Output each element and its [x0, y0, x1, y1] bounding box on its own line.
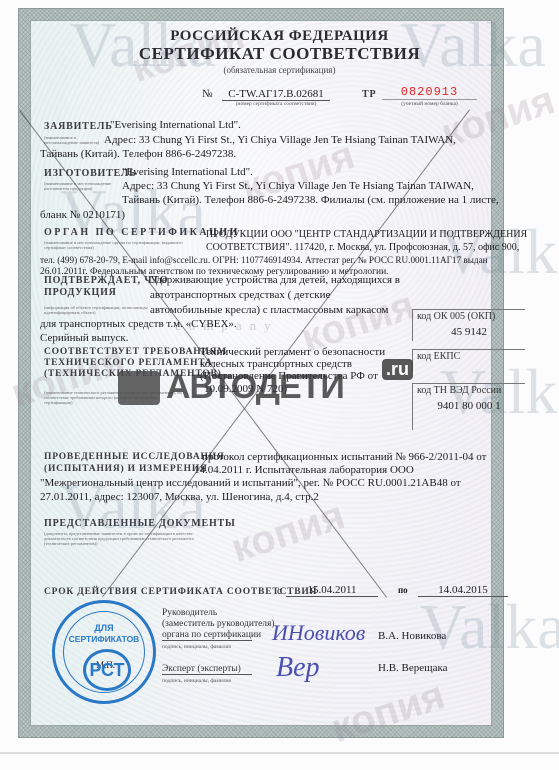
documents-caption: (документы, представленные заявителем в … — [44, 531, 194, 546]
head-role-2: (заместитель руководителя) — [162, 619, 275, 629]
code-ekps-box: код ЕКПС — [412, 349, 525, 370]
product-caption: (информация об объекте сертификации, поз… — [44, 305, 149, 315]
tests-label-2: (ИСПЫТАНИЯ) И ИЗМЕРЕНИЯ — [44, 464, 208, 474]
tests-label: ПРОВЕДЕННЫЕ ИССЛЕДОВАНИЯ — [44, 452, 225, 462]
certificate-number-caption: (номер сертификата соответствия) — [222, 101, 330, 107]
expert-name: Н.В. Верещака — [378, 662, 448, 674]
manufacturer-annex: бланк № 0210171) — [40, 209, 125, 221]
brand-name: АВТОДЕТИ — [166, 368, 344, 407]
applicant-caption: (наименование и местонахождение заявител… — [44, 135, 104, 145]
okp-label: код ОК 005 (ОКП) — [413, 310, 525, 323]
validity-from-date: 15.04.2011 — [286, 584, 378, 597]
head-caption: подпись, инициалы, фамилия — [162, 644, 231, 650]
blank-number-caption: (учетный номер бланка) — [382, 101, 477, 107]
certificate-title: СЕРТИФИКАТ СООТВЕТСТВИЯ — [0, 44, 559, 64]
number-prefix: № — [202, 88, 213, 100]
validity-to-date: 14.04.2015 — [418, 584, 508, 597]
expert-signature: Вер — [276, 652, 320, 684]
expert-caption: подпись, инициалы, фамилия — [162, 678, 231, 684]
manufacturer-address: Адрес: 33 Chung Yi First St., Yi Chiya V… — [122, 180, 474, 192]
tests-line3: "Межрегиональный центр исследований и ис… — [40, 477, 461, 489]
regulation-line1: Технический регламент о безопасности — [200, 346, 385, 358]
tr-label: ТР — [362, 89, 376, 100]
brand-overlay: АВТОДЕТИ — [118, 368, 344, 407]
blank-number: 0820913 — [382, 85, 477, 100]
tests-line1: протокол сертификационных испытаний № 96… — [202, 451, 486, 463]
product-line4: для транспортных средств т.м. «CYBEX». — [40, 318, 237, 330]
cert-body-line1: ПРОДУКЦИИ ООО "ЦЕНТР СТАНДАРТИЗАЦИИ И ПО… — [206, 229, 527, 240]
product-line1: Удерживающие устройства для детей, наход… — [150, 274, 400, 286]
head-signature: ИНовиков — [272, 620, 365, 646]
head-role: Руководитель — [162, 608, 217, 618]
applicant-address: Адрес: 33 Chung Yi First St., Yi Chiya V… — [104, 134, 456, 146]
cert-body-line3: тел. (499) 678-20-79, E-mail info@sccell… — [40, 255, 488, 265]
regulation-label-2: ТЕХНИЧЕСКОГО РЕГЛАМЕНТА — [44, 358, 213, 368]
expert-role: Эксперт (эксперты) — [162, 664, 252, 675]
product-line2: автотранспортных средствах ( детские — [150, 289, 330, 301]
applicant-phone: Тайвань (Китай). Телефон 886-6-2497238. — [40, 148, 236, 160]
code-okp-box: код ОК 005 (ОКП) 45 9142 — [412, 309, 525, 341]
certificate-number: C-TW.АГ17.В.02681 — [222, 88, 330, 101]
stamp-line1: ДЛЯ — [55, 623, 153, 633]
manufacturer-name: "Everising International Ltd". — [122, 166, 253, 178]
head-name: В.А. Новикова — [378, 630, 446, 642]
ekps-label: код ЕКПС — [413, 350, 525, 363]
page-edge — [0, 752, 559, 754]
watermark-valka: Valka — [420, 590, 559, 664]
product-line3: автомобильные кресла) с пластмассовым ка… — [150, 304, 388, 316]
product-label-2: ПРОДУКЦИЯ — [44, 287, 117, 298]
brand-suffix: .ru — [382, 359, 413, 380]
applicant-label: ЗАЯВИТЕЛЬ — [44, 121, 113, 132]
code-tnved-box: код ТН ВЭД России 9401 80 000 1 — [412, 383, 525, 430]
stamp-line2: СЕРТИФИКАТОВ — [55, 634, 153, 644]
certificate-subtitle: (обязательная сертификация) — [0, 65, 559, 75]
country-heading: РОССИЙСКАЯ ФЕДЕРАЦИЯ — [0, 28, 559, 45]
official-stamp: ДЛЯ СЕРТИФИКАТОВ РСТ — [52, 600, 156, 704]
applicant-name: "Everising International Ltd". — [110, 119, 241, 131]
tests-line2: 14.04.2011 г. Испытательная лаборатория … — [194, 464, 414, 476]
cert-body-caption: (наименование и местонахождение органа п… — [44, 240, 194, 250]
head-role-3: органа по сертификации — [162, 630, 252, 641]
manufacturer-phone: Тайвань (Китай). Телефон 886-6-2497238. … — [122, 194, 499, 206]
cert-body-line2: СООТВЕТСТВИЯ". 117420, г. Москва, ул. Пр… — [206, 242, 519, 253]
child-seat-logo-icon — [118, 371, 160, 405]
tnved-label: код ТН ВЭД России — [413, 384, 525, 397]
manufacturer-caption: (наименование и местонахождение изготови… — [44, 181, 114, 191]
tests-line4: 27.01.2011, адрес: 123007, Москва, ул. Ш… — [40, 491, 319, 503]
validity-from-prefix: с — [277, 585, 282, 597]
rst-logo-icon: РСТ — [83, 649, 131, 691]
product-serial: Серийный выпуск. — [40, 332, 129, 344]
tnved-value: 9401 80 000 1 — [413, 397, 525, 415]
documents-label: ПРЕДСТАВЛЕННЫЕ ДОКУМЕНТЫ — [44, 518, 236, 529]
validity-to-prefix: по — [398, 585, 408, 595]
okp-value: 45 9142 — [413, 323, 525, 341]
